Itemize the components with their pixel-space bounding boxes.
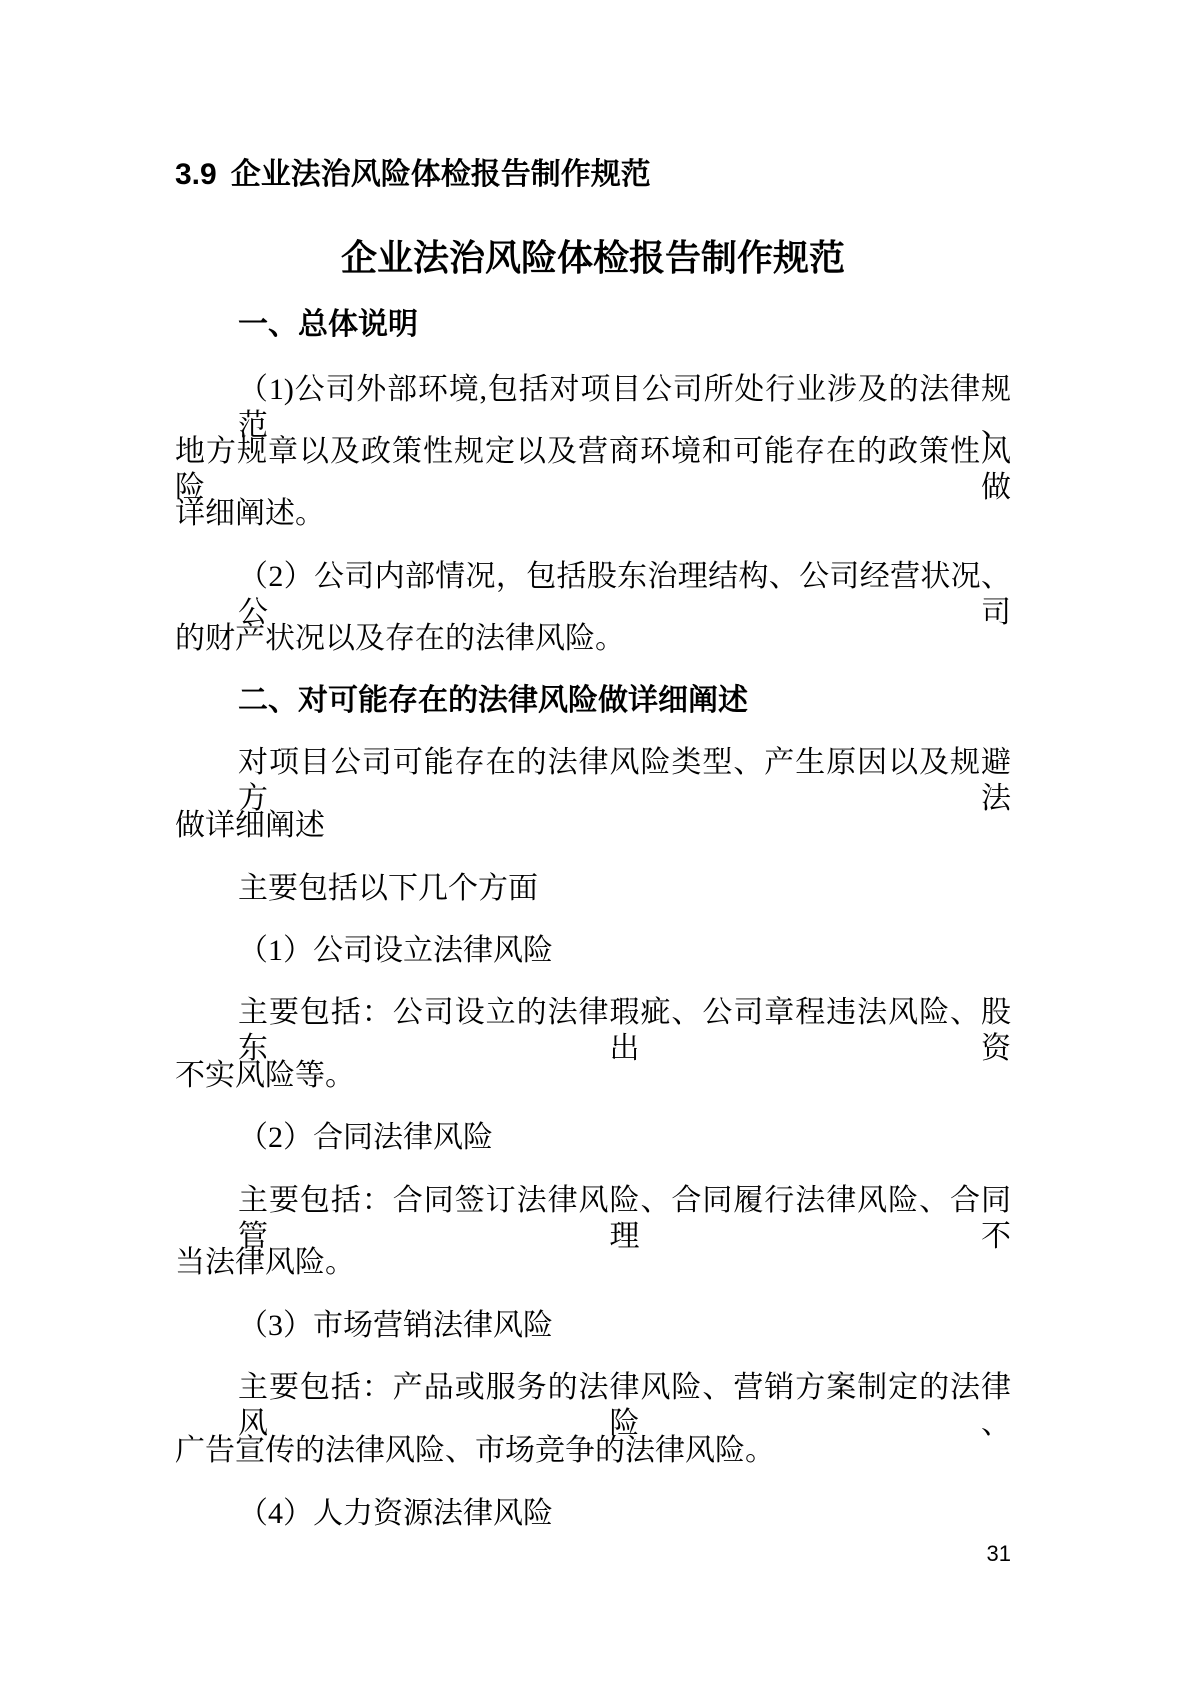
subsection-heading: 二、对可能存在的法律风险做详细阐述	[175, 681, 1011, 721]
document-title: 企业法治风险体检报告制作规范	[175, 233, 1011, 283]
paragraph-line: 广告宣传的法律风险、市场竞争的法律风险。	[175, 1433, 1011, 1469]
paragraph-line: （1）公司设立法律风险	[175, 933, 1011, 969]
paragraph-line: 主要包括：产品或服务的法律风险、营销方案制定的法律风险、	[175, 1370, 1011, 1442]
paragraph-line: （2）合同法律风险	[175, 1120, 1011, 1156]
page-number: 31	[175, 1540, 1011, 1568]
section-heading: 3.9企业法治风险体检报告制作规范	[175, 155, 1011, 195]
document-page: 3.9企业法治风险体检报告制作规范 企业法治风险体检报告制作规范 一、总体说明 …	[0, 0, 1190, 1684]
document-content: 3.9企业法治风险体检报告制作规范 企业法治风险体检报告制作规范 一、总体说明 …	[175, 0, 1011, 1684]
paragraph-line: 做详细阐述	[175, 808, 1011, 844]
paragraph-line: （4）人力资源法律风险	[175, 1496, 1011, 1532]
subsection-heading: 一、总体说明	[175, 305, 1011, 345]
section-number: 3.9	[175, 158, 217, 191]
paragraph-line: 主要包括：公司设立的法律瑕疵、公司章程违法风险、股东出资	[175, 995, 1011, 1067]
section-heading-text: 企业法治风险体检报告制作规范	[231, 158, 651, 191]
paragraph-line: 的财产状况以及存在的法律风险。	[175, 621, 1011, 657]
paragraph-line: （3）市场营销法律风险	[175, 1308, 1011, 1344]
paragraph-line: 对项目公司可能存在的法律风险类型、产生原因以及规避方法	[175, 745, 1011, 817]
paragraph-line: 当法律风险。	[175, 1245, 1011, 1281]
paragraph-line: 不实风险等。	[175, 1058, 1011, 1094]
paragraph-line: 详细阐述。	[175, 496, 1011, 532]
paragraph-line: 主要包括以下几个方面	[175, 871, 1011, 907]
